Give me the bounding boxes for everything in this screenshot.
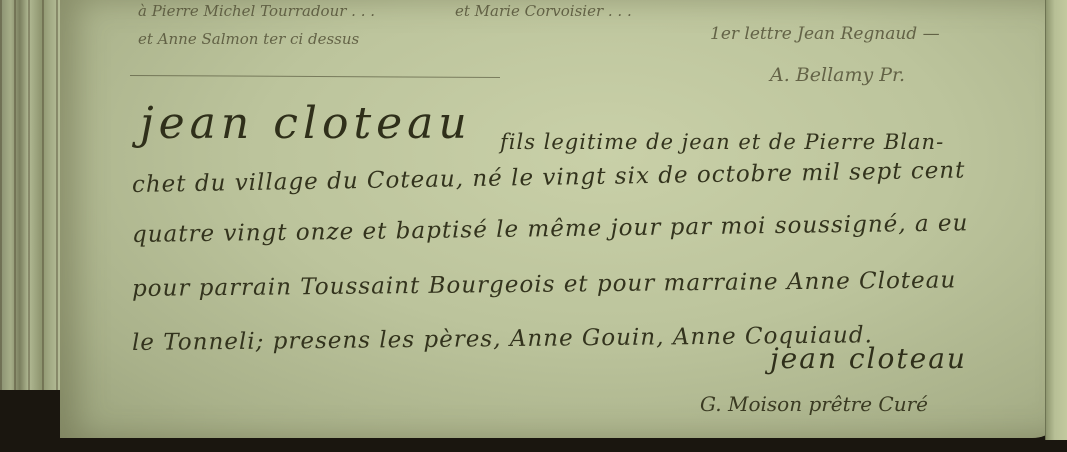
prev-entry-line1-right: 1er lettre Jean Regnaud —	[710, 24, 940, 44]
prev-entry-line1-left: à Pierre Michel Tourradour . . .	[138, 2, 375, 20]
entry-line-1: fils legitime de jean et de Pierre Blan-	[500, 130, 944, 154]
prev-entry-line2: et Anne Salmon ter ci dessus	[138, 30, 359, 48]
godfather-signature: jean cloteau	[770, 342, 967, 375]
book-gutter	[1045, 0, 1067, 440]
prev-entry-line1-mid: et Marie Corvoisier . . .	[455, 2, 632, 20]
prev-entry-signature: A. Bellamy Pr.	[770, 64, 905, 86]
entry-name-heading: jean cloteau	[140, 98, 472, 149]
priest-signature: G. Moison prêtre Curé	[700, 392, 928, 416]
